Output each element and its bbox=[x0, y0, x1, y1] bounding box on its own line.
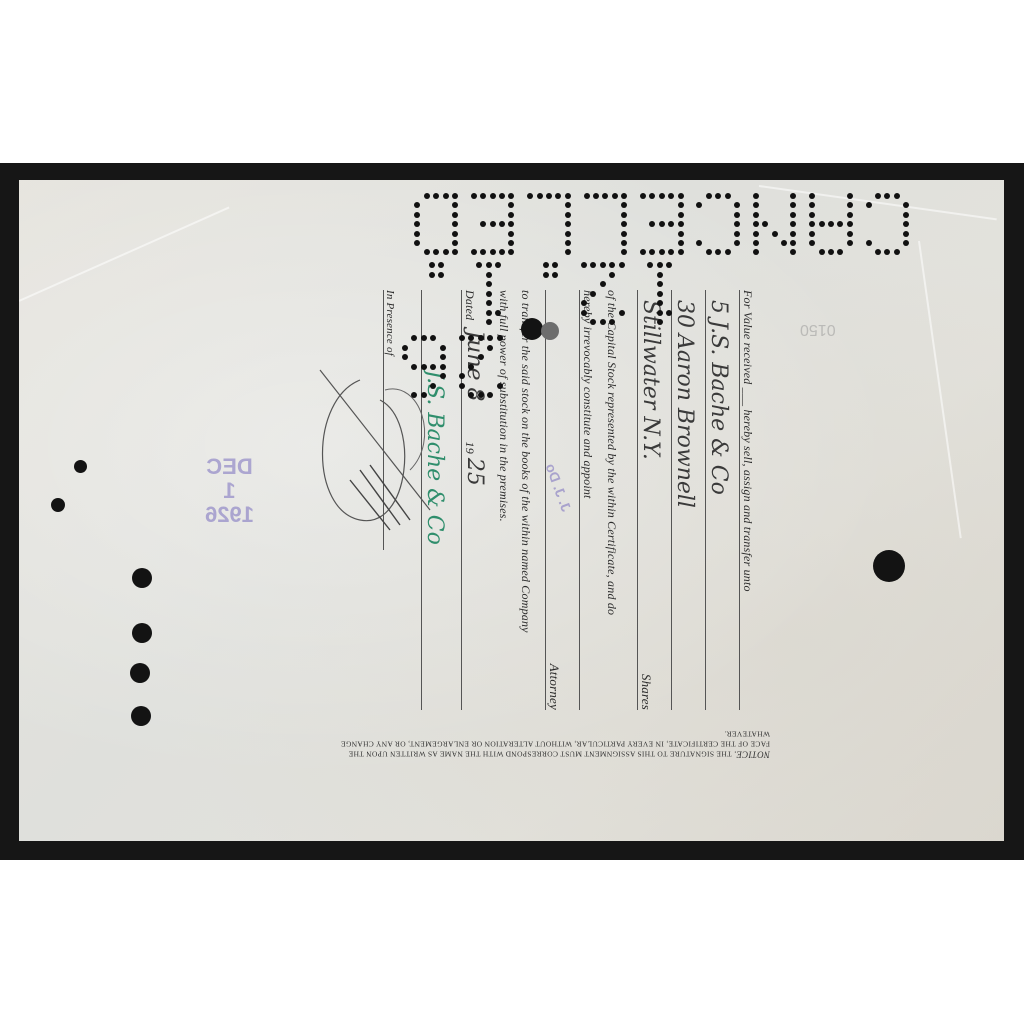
year-prefix: 19 bbox=[462, 402, 477, 454]
perforation-dot bbox=[478, 354, 484, 360]
perforation-dot bbox=[734, 231, 740, 237]
perforation-dot bbox=[565, 231, 571, 237]
perforation-dot bbox=[581, 300, 587, 306]
perforation-dot bbox=[546, 193, 552, 199]
perforation-dot bbox=[678, 193, 684, 199]
perforation-dot bbox=[657, 310, 663, 316]
perforation-dot bbox=[471, 193, 477, 199]
perforation-dot bbox=[609, 272, 615, 278]
perforation-dot bbox=[552, 272, 558, 278]
perforation-dot bbox=[781, 240, 787, 246]
assignee-name-2: Aaron Brownell bbox=[672, 328, 697, 508]
perforation-dot bbox=[438, 272, 444, 278]
perforation-dot bbox=[452, 193, 458, 199]
perforation-dot bbox=[487, 345, 493, 351]
perforation-dot bbox=[581, 310, 587, 316]
preamble-text: For Value received ___ hereby sell, assi… bbox=[740, 290, 755, 592]
perforation-dot bbox=[621, 212, 627, 218]
perforation-dot bbox=[753, 221, 759, 227]
perforation-dot bbox=[421, 364, 427, 370]
perforation-dot bbox=[657, 319, 663, 325]
shares-label: Shares bbox=[638, 674, 654, 710]
date-stamp-month: DEC bbox=[205, 455, 254, 479]
perforation-dot bbox=[438, 262, 444, 268]
perforation-dot bbox=[486, 272, 492, 278]
perforation-dot bbox=[753, 231, 759, 237]
perforation-dot bbox=[619, 310, 625, 316]
perforation-dot bbox=[590, 262, 596, 268]
perforation-dot bbox=[424, 193, 430, 199]
dated-label: Dated bbox=[462, 290, 477, 320]
perforation-dot bbox=[490, 221, 496, 227]
perforation-dot bbox=[440, 345, 446, 351]
cancel-punch-hole bbox=[521, 318, 543, 340]
perforation-dot bbox=[600, 262, 606, 268]
perforation-dot bbox=[421, 335, 427, 341]
assignee-shares-2: 30 bbox=[672, 290, 697, 328]
perforation-dot bbox=[497, 335, 503, 341]
perforation-dot bbox=[486, 262, 492, 268]
perforation-dot bbox=[552, 262, 558, 268]
perforation-dot bbox=[487, 392, 493, 398]
perforation-dot bbox=[659, 221, 665, 227]
date-stamp-year: 1926 bbox=[205, 503, 254, 527]
perforation-dot bbox=[657, 272, 663, 278]
perforation-dot bbox=[612, 193, 618, 199]
binder-hole bbox=[74, 460, 87, 473]
perforation-dot bbox=[581, 262, 587, 268]
paper-crease bbox=[19, 207, 230, 302]
perforation-dot bbox=[590, 319, 596, 325]
perforation-dot bbox=[565, 221, 571, 227]
notice-text: Notice. The signature to this assignment… bbox=[330, 728, 770, 760]
date-stamp-day: 1 bbox=[205, 479, 254, 503]
perforation-dot bbox=[847, 240, 853, 246]
witness-signature bbox=[300, 360, 450, 540]
perforation-dot bbox=[593, 193, 599, 199]
perforation-dot bbox=[543, 272, 549, 278]
perforation-dot bbox=[590, 291, 596, 297]
perforation-dot bbox=[440, 364, 446, 370]
perforation-dot bbox=[486, 291, 492, 297]
binder-hole bbox=[132, 623, 152, 643]
perforation-dot bbox=[753, 193, 759, 199]
appoint-line: hereby irrevocably constitute and appoin… bbox=[579, 290, 610, 710]
dated-line: Dated June 8 19 25 bbox=[461, 290, 492, 710]
perforation-dot bbox=[809, 212, 815, 218]
perforation-dot bbox=[875, 193, 881, 199]
perforation-dot bbox=[499, 193, 505, 199]
binder-hole bbox=[132, 568, 152, 588]
perforation-dot bbox=[657, 281, 663, 287]
perforation-dot bbox=[411, 364, 417, 370]
attorney-line: Attorney bbox=[545, 290, 576, 710]
perforation-dot bbox=[659, 193, 665, 199]
binder-hole bbox=[51, 498, 65, 512]
binder-hole bbox=[130, 663, 150, 683]
perforation-dot bbox=[600, 281, 606, 287]
perforation-dot bbox=[847, 221, 853, 227]
perforation-dot bbox=[402, 345, 408, 351]
perforation-dot bbox=[429, 272, 435, 278]
dated-month-day: June 8 bbox=[462, 320, 487, 401]
perforation-dot bbox=[486, 281, 492, 287]
perforation-dot bbox=[468, 335, 474, 341]
perforation-dot bbox=[609, 319, 615, 325]
perforation-dot bbox=[678, 221, 684, 227]
assignee-line-1: 5 J.S. Bache & Co bbox=[705, 290, 736, 710]
in-presence-label: In Presence of bbox=[384, 290, 396, 356]
perforation-dot bbox=[647, 262, 653, 268]
perforation-dot bbox=[468, 364, 474, 370]
perforation-dot bbox=[666, 262, 672, 268]
perforation-dot bbox=[468, 392, 474, 398]
perforation-dot bbox=[430, 335, 436, 341]
perforation-dot bbox=[486, 319, 492, 325]
perforation-dot bbox=[609, 262, 615, 268]
cancel-punch-hole bbox=[873, 550, 905, 582]
perforation-dot bbox=[478, 335, 484, 341]
perforation-dot bbox=[819, 221, 825, 227]
assignee-name-1: J.S. Bache & Co bbox=[706, 314, 731, 495]
perforation-dot bbox=[734, 212, 740, 218]
notice-body: The signature to this assignment must co… bbox=[341, 729, 770, 758]
perforation-dot bbox=[565, 212, 571, 218]
perforation-dot bbox=[678, 240, 684, 246]
perforation-dot bbox=[903, 212, 909, 218]
perforation-dot bbox=[725, 193, 731, 199]
perforation-dot bbox=[486, 300, 492, 306]
preamble-line: For Value received ___ hereby sell, assi… bbox=[739, 290, 770, 710]
substitution-line: with full power of substitution in the p… bbox=[496, 290, 526, 710]
assignee-line-2: 30 Aaron Brownell bbox=[671, 290, 702, 710]
perforation-dot bbox=[678, 212, 684, 218]
perforation-dot bbox=[621, 231, 627, 237]
perforation-dot bbox=[421, 392, 427, 398]
perforation-dot bbox=[753, 212, 759, 218]
perforation-dot bbox=[657, 291, 663, 297]
perforation-dot bbox=[497, 383, 503, 389]
attorney-label: Attorney bbox=[546, 664, 562, 710]
perforation-dot bbox=[411, 392, 417, 398]
perforation-dot bbox=[894, 193, 900, 199]
paper-crease bbox=[918, 241, 962, 538]
assignee-line-3: Stillwater N.Y. Shares bbox=[637, 290, 668, 710]
perforation-dot bbox=[490, 193, 496, 199]
perforation-dot bbox=[809, 231, 815, 237]
perforation-dot bbox=[459, 335, 465, 341]
perforation-dot bbox=[452, 212, 458, 218]
perforation-dot bbox=[772, 231, 778, 237]
perforation-dot bbox=[657, 262, 663, 268]
date-stamp: DEC 1 1926 bbox=[205, 455, 254, 528]
substitution-text: with full power of substitution in the p… bbox=[496, 290, 511, 522]
perforation-dot bbox=[452, 240, 458, 246]
perforation-dot bbox=[495, 310, 501, 316]
perforation-dot bbox=[459, 383, 465, 389]
perforation-dot bbox=[537, 193, 543, 199]
perforation-dot bbox=[429, 262, 435, 268]
perforation-dot bbox=[440, 354, 446, 360]
perforation-dot bbox=[430, 383, 436, 389]
perforation-dot bbox=[452, 231, 458, 237]
perforation-dot bbox=[600, 319, 606, 325]
perforation-dot bbox=[847, 231, 853, 237]
perforation-dot bbox=[847, 193, 853, 199]
perforation-dot bbox=[619, 262, 625, 268]
perforation-dot bbox=[495, 262, 501, 268]
perforation-dot bbox=[430, 364, 436, 370]
punch-shadow bbox=[541, 322, 559, 340]
perforation-dot bbox=[753, 240, 759, 246]
perforation-dot bbox=[486, 310, 492, 316]
assignee-shares-1: 5 bbox=[706, 290, 731, 314]
perforation-dot bbox=[640, 193, 646, 199]
perforation-dot bbox=[459, 373, 465, 379]
perforation-dot bbox=[584, 193, 590, 199]
notice-label: Notice. bbox=[734, 749, 770, 759]
perforation-dot bbox=[476, 262, 482, 268]
perforation-dot bbox=[402, 354, 408, 360]
perforation-dot bbox=[411, 335, 417, 341]
perforation-dot bbox=[565, 240, 571, 246]
perforation-dot bbox=[478, 392, 484, 398]
year-suffix: 25 bbox=[462, 454, 487, 486]
perforation-dot bbox=[657, 300, 663, 306]
perforation-dot bbox=[903, 231, 909, 237]
perforation-dot bbox=[847, 212, 853, 218]
perforation-dot bbox=[666, 310, 672, 316]
bleed-through-number: 0150 bbox=[800, 320, 836, 338]
binder-hole bbox=[131, 706, 151, 726]
perforation-dot bbox=[866, 240, 872, 246]
perforation-dot bbox=[487, 335, 493, 341]
perforation-dot bbox=[443, 193, 449, 199]
perforation-dot bbox=[734, 240, 740, 246]
perforation-dot bbox=[565, 193, 571, 199]
perforation-dot bbox=[440, 373, 446, 379]
perforation-dot bbox=[706, 193, 712, 199]
perforation-dot bbox=[678, 231, 684, 237]
perforation-dot bbox=[543, 262, 549, 268]
